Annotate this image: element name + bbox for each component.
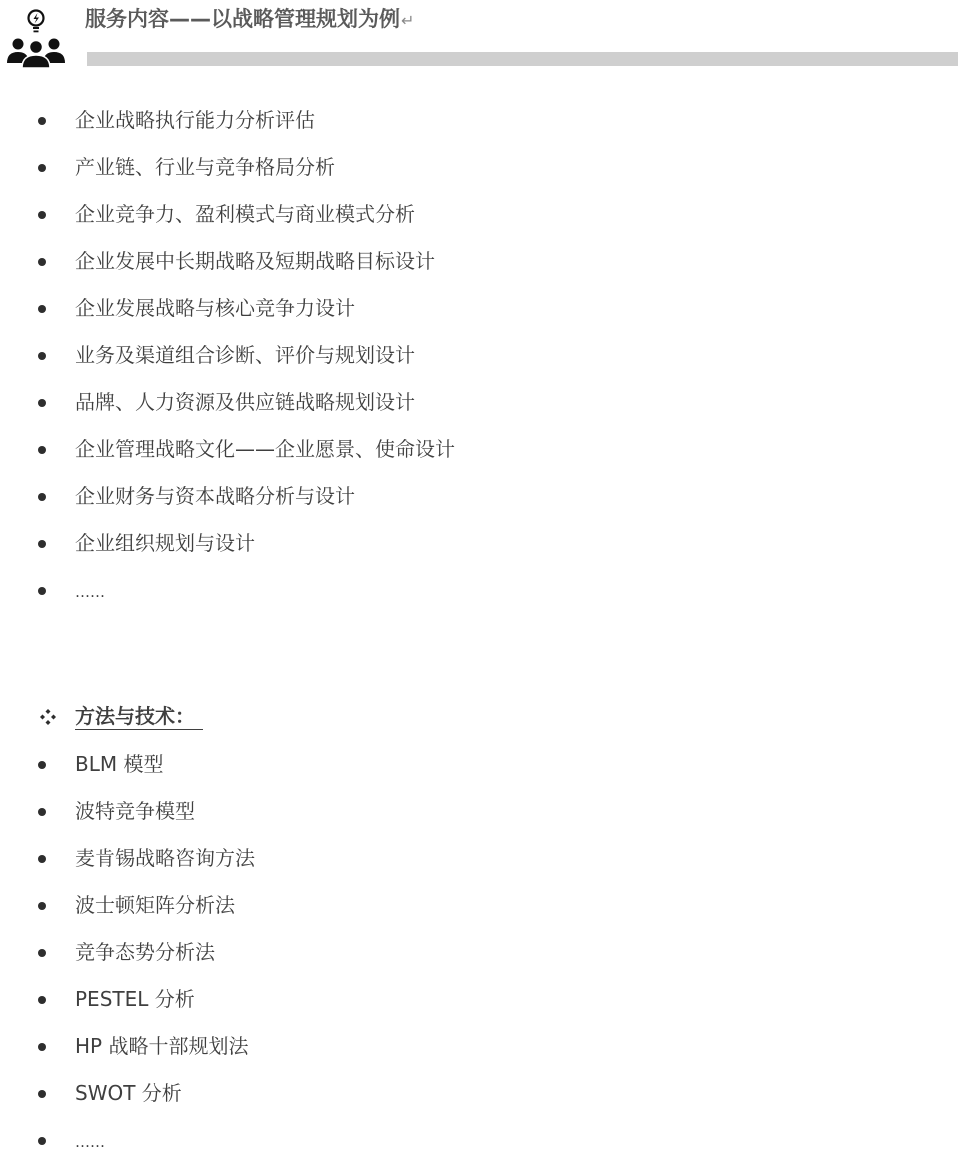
list-item-label: HP 战略十部规划法 — [75, 1034, 248, 1058]
list-item-label: …… — [75, 580, 105, 604]
list-item-label: …… — [75, 1130, 105, 1154]
list-item-label: SWOT 分析 — [75, 1081, 182, 1105]
list-item-label: PESTEL 分析 — [75, 987, 195, 1011]
list-item-label: 波特竞争模型 — [75, 799, 195, 823]
header-divider-bar — [87, 52, 958, 66]
list-item-label: 企业管理战略文化——企业愿景、使命设计 — [75, 437, 455, 461]
list-item-label: 业务及渠道组合诊断、评价与规划设计 — [75, 343, 415, 367]
bullet-icon — [38, 761, 46, 769]
bullet-icon — [38, 587, 46, 595]
bullet-icon — [38, 305, 46, 313]
list-item-label: 企业组织规划与设计 — [75, 531, 255, 555]
bullet-icon — [38, 855, 46, 863]
list-item-label: 企业竞争力、盈利模式与商业模式分析 — [75, 202, 415, 226]
list-item-label: 品牌、人力资源及供应链战略规划设计 — [75, 390, 415, 414]
list-item-label: 波士顿矩阵分析法 — [75, 893, 235, 917]
bullet-icon — [38, 540, 46, 548]
bullet-icon — [38, 399, 46, 407]
bullet-icon — [38, 1090, 46, 1098]
bullet-icon — [38, 1137, 46, 1145]
bullet-icon — [38, 446, 46, 454]
bullet-icon — [38, 258, 46, 266]
team-idea-icon — [6, 8, 66, 70]
bullet-icon — [38, 352, 46, 360]
bullet-icon — [38, 117, 46, 125]
bullet-icon — [38, 902, 46, 910]
bullet-icon — [38, 808, 46, 816]
list-item-label: 企业发展战略与核心竞争力设计 — [75, 296, 355, 320]
list-item-label: BLM 模型 — [75, 752, 163, 776]
bullet-icon — [38, 1043, 46, 1051]
paragraph-mark: ↵ — [401, 11, 414, 30]
bullet-icon — [38, 493, 46, 501]
list-item-label: 企业战略执行能力分析评估 — [75, 108, 315, 132]
bullet-icon — [38, 211, 46, 219]
list-item-label: 企业发展中长期战略及短期战略目标设计 — [75, 249, 435, 273]
list-item-label: 企业财务与资本战略分析与设计 — [75, 484, 355, 508]
diamond-cluster-icon — [38, 707, 58, 727]
list-item-label: 竞争态势分析法 — [75, 940, 215, 964]
bullet-icon — [38, 164, 46, 172]
list-item-label: 麦肯锡战略咨询方法 — [75, 846, 255, 870]
list-item-label: 产业链、行业与竞争格局分析 — [75, 155, 335, 179]
page-title: 服务内容——以战略管理规划为例↵ — [85, 4, 414, 36]
bullet-icon — [38, 996, 46, 1004]
page-title-text: 服务内容——以战略管理规划为例 — [85, 7, 400, 31]
methods-heading-text: 方法与技术： — [75, 703, 203, 730]
bullet-icon — [38, 949, 46, 957]
